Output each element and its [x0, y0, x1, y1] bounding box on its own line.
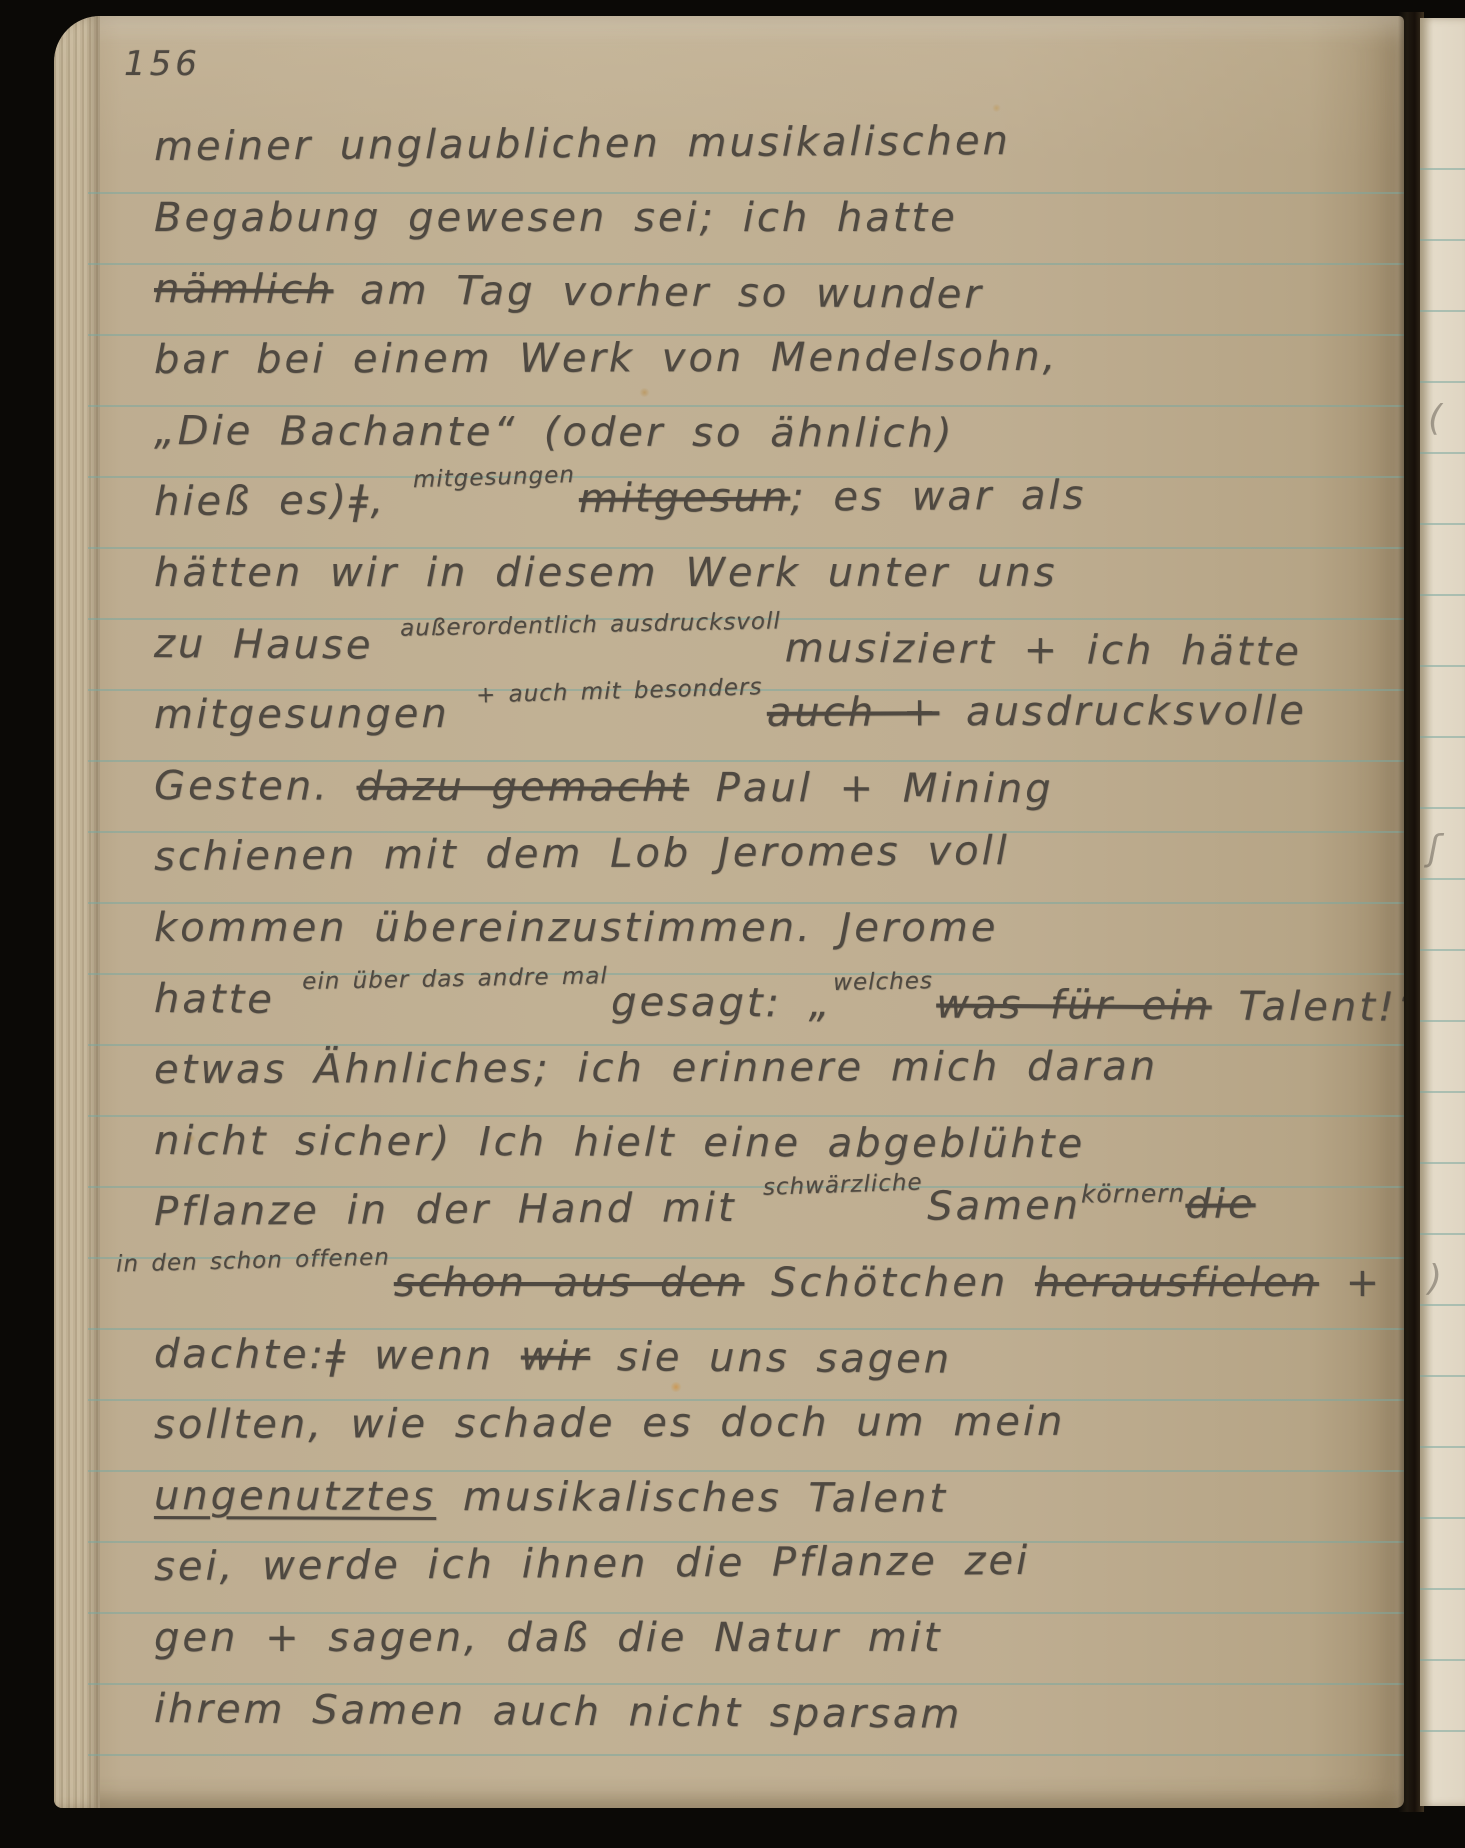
faint-pencil-mark: ) [1428, 1258, 1442, 1299]
manuscript-line: nicht sicher) Ich hielt eine abgeblühte [154, 1118, 1085, 1167]
interlinear-insertion: schwärzliche [763, 1170, 924, 1201]
manuscript-line: nämlich am Tag vorher so wunder [154, 266, 984, 318]
handwritten-text: hieß es)ǂ, [154, 477, 413, 525]
handwritten-text: etwas Ähnliches; ich erinnere mich daran [154, 1043, 1158, 1093]
interlinear-insertion: welches [832, 968, 932, 996]
manuscript-line: Pflanze in der Hand mit schwärzlicheSame… [154, 1181, 1256, 1235]
handwritten-text: gen + sagen, daß die Natur mit [154, 1615, 942, 1661]
struck-text: schon aus den [394, 1260, 745, 1306]
handwritten-text: meiner unglaublichen musikalischen [154, 118, 1011, 170]
paper-stain [670, 1382, 682, 1392]
handwritten-text: Gesten. [154, 763, 357, 810]
handwritten-text: sollten, wie schade es doch um mein [154, 1399, 1065, 1448]
handwritten-text: ausdrucksvolle [939, 688, 1307, 735]
handwritten-text: musikalisches Talent [436, 1474, 948, 1522]
struck-text: auch + [767, 689, 940, 736]
struck-text: nämlich [154, 266, 334, 313]
handwritten-text: gesagt: „ [611, 979, 833, 1027]
manuscript-line: bar bei einem Werk von Mendelsohn, [154, 334, 1058, 383]
interlinear-insertion: außerordentlich ausdrucksvoll [400, 608, 781, 641]
manuscript-line: hätten wir in diesem Werk unter uns [154, 550, 1058, 596]
superscript-insertion: körnern [1081, 1179, 1186, 1209]
paper-stain [639, 388, 650, 397]
handwritten-text: „Die Bachante“ (oder so ähnlich) [154, 408, 955, 457]
struck-text: mitgesun [579, 475, 791, 522]
manuscript-line: meiner unglaublichen musikalischen [154, 118, 1011, 170]
handwritten-text: ihrem Samen auch nicht sparsam [154, 1686, 963, 1738]
manuscript-line: schienen mit dem Lob Jeromes voll [154, 828, 1010, 880]
manuscript-lines: meiner unglaublichen musikalischenBegabu… [54, 16, 1404, 1808]
scanned-notebook: 156 meiner unglaublichen musikalischenBe… [0, 0, 1465, 1848]
handwritten-text: musiziert + ich hätte [785, 625, 1302, 675]
manuscript-line: hieß es)ǂ, mitgesungenmitgesun; es war a… [154, 472, 1087, 525]
handwritten-text: hatte [154, 976, 302, 1023]
handwritten-text: Talent!“ (oder [1211, 983, 1404, 1031]
handwritten-text: sei, werde ich ihnen die Pflanze zei [154, 1538, 1030, 1590]
manuscript-line: etwas Ähnliches; ich erinnere mich daran [154, 1043, 1158, 1093]
manuscript-line: sollten, wie schade es doch um mein [154, 1399, 1065, 1448]
struck-text: die [1185, 1181, 1255, 1227]
manuscript-line: kommen übereinzustimmen. Jerome [154, 905, 998, 951]
manuscript-line: sei, werde ich ihnen die Pflanze zei [154, 1538, 1030, 1590]
handwritten-text: zu Hause [154, 621, 400, 669]
handwritten-text: sie uns sagen [590, 1334, 952, 1383]
handwritten-text: schienen mit dem Lob Jeromes voll [154, 828, 1010, 880]
handwritten-text: nicht sicher) Ich hielt eine abgeblühte [154, 1118, 1085, 1167]
paper-stain [992, 104, 1001, 112]
handwritten-text: Begabung gewesen sei; ich hatte [154, 195, 958, 241]
handwritten-text: mitgesungen [154, 691, 477, 738]
faint-pencil-mark: ( [1428, 398, 1442, 439]
manuscript-line: in den schon offenenschon aus den Schötc… [116, 1260, 1382, 1306]
interlinear-insertion: + auch mit besonders [476, 674, 763, 708]
manuscript-line: mitgesungen + auch mit besondersauch + a… [154, 688, 1307, 738]
handwritten-text: Pflanze in der Hand mit [154, 1185, 764, 1235]
interlinear-insertion: in den schon offenen [116, 1244, 390, 1277]
manuscript-line: ihrem Samen auch nicht sparsam [154, 1686, 963, 1738]
notebook-page: 156 meiner unglaublichen musikalischenBe… [54, 16, 1404, 1808]
paper-stain [186, 1134, 196, 1143]
handwritten-text: Paul + Mining [689, 765, 1054, 812]
struck-text: wir [521, 1334, 591, 1380]
handwritten-text: hätten wir in diesem Werk unter uns [154, 550, 1058, 596]
interlinear-insertion: ein über das andre mal [301, 963, 607, 995]
struck-text: herausfielen [1035, 1260, 1319, 1306]
struck-text: dazu gemacht [356, 764, 689, 811]
ruled-lines [1420, 168, 1465, 1776]
manuscript-line: Begabung gewesen sei; ich hatte [154, 195, 958, 241]
struck-text: was für ein [936, 981, 1212, 1029]
underlined-text: ungenutztes [154, 1473, 436, 1520]
handwritten-text: ; es war als [790, 472, 1087, 520]
handwritten-text: Samen [927, 1183, 1081, 1230]
handwritten-text: bar bei einem Werk von Mendelsohn, [154, 334, 1058, 383]
manuscript-line: hatte ein über das andre malgesagt: „wel… [154, 976, 1404, 1032]
manuscript-line: Gesten. dazu gemacht Paul + Mining [154, 763, 1054, 812]
interlinear-insertion: mitgesungen [412, 462, 575, 493]
handwritten-text: Schötchen [744, 1260, 1035, 1306]
manuscript-line: ungenutztes musikalisches Talent [154, 1473, 948, 1522]
faint-pencil-mark: ʃ [1428, 828, 1440, 869]
handwritten-text: dachte:ǂ wenn [154, 1331, 521, 1380]
handwritten-text: + [1319, 1260, 1382, 1306]
manuscript-line: gen + sagen, daß die Natur mit [154, 1615, 942, 1661]
next-page-edge: (ʃ) [1420, 18, 1465, 1806]
manuscript-line: „Die Bachante“ (oder so ähnlich) [154, 408, 955, 457]
handwritten-text: am Tag vorher so wunder [333, 267, 984, 318]
manuscript-line: zu Hause außerordentlich ausdrucksvollmu… [154, 621, 1302, 675]
manuscript-line: dachte:ǂ wenn wir sie uns sagen [154, 1331, 952, 1383]
handwritten-text: kommen übereinzustimmen. Jerome [154, 905, 998, 951]
